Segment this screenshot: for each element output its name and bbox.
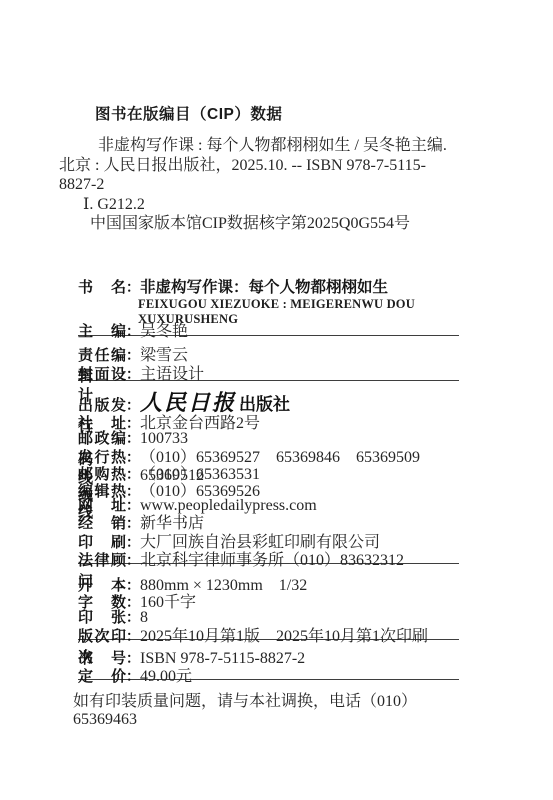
label-colon: ： — [126, 428, 140, 448]
cip-line: Ⅰ. G212.2 — [59, 195, 491, 215]
publication-info: 书名 ： 非虚构写作课：每个人物都栩栩如生 FEIXUGOU XIEZUOKE … — [78, 275, 459, 729]
sheets-label: 印张 — [78, 606, 126, 627]
row-printing: 印刷 ： 大厂回族自治县彩虹印刷有限公司 — [78, 529, 459, 547]
copyright-page: 图书在版编目（CIP）数据 非虚构写作课 : 每个人物都栩栩如生 / 吴冬艳主编… — [0, 0, 553, 800]
label-colon: ： — [126, 626, 140, 646]
cip-block: 非虚构写作课 : 每个人物都栩栩如生 / 吴冬艳主编. 北京 : 人民日报出版社… — [59, 136, 491, 234]
row-editorial-hotline: 编辑热线 ： （010）65369526 — [78, 478, 459, 494]
row-distribution: 经销 ： 新华书店 — [78, 510, 459, 529]
row-publisher: 出版发行 ： 人民日报出版社 — [78, 386, 459, 410]
label-colon: ： — [126, 395, 140, 415]
cip-line: 北京 : 人民日报出版社，2025.10. -- ISBN 978-7-5115… — [59, 156, 491, 176]
row-legal-counsel: 法律顾问 ： 北京科宇律师事务所（010）83632312 — [78, 547, 459, 563]
label-colon: ： — [126, 495, 140, 515]
row-responsible-editor: 责任编辑 ： 梁雪云 — [78, 342, 459, 361]
label-colon: ： — [126, 321, 140, 341]
label-colon: ： — [126, 277, 140, 297]
row-chief-editor: 主编 ： 吴冬艳 — [78, 318, 459, 335]
row-edition: 版次印次 ： 2025年10月第1版 2025年10月第1次印刷 — [78, 623, 459, 639]
chief-editor-label: 主编 — [78, 320, 126, 341]
section-print-spec: 开本 ： 880mm × 1230mm 1/32 字数 ： 160千字 印张 ：… — [78, 564, 459, 639]
label-colon: ： — [126, 666, 140, 686]
book-title-value: 非虚构写作课：每个人物都栩栩如生 — [140, 275, 459, 297]
row-postcode: 邮政编码 ： 100733 — [78, 427, 459, 444]
row-sales-hotline: 发行热线 ： （010）65369527 65369846 65369509 6… — [78, 444, 459, 461]
cip-header: 图书在版编目（CIP）数据 — [95, 102, 282, 124]
label-colon: ： — [126, 607, 140, 627]
price-label: 定价 — [78, 665, 126, 686]
row-isbn: 书号 ： ISBN 978-7-5115-8827-2 — [78, 647, 459, 663]
row-price: 定价 ： 49.00元 — [78, 663, 459, 679]
legal-counsel-value: 北京科宇律师事务所（010）83632312 — [140, 547, 459, 570]
cip-line: 中国国家版本馆CIP数据核字第2025Q0G554号 — [59, 214, 491, 234]
row-title-pinyin: FEIXUGOU XIEZUOKE : MEIGERENWU DOU XUXUR… — [78, 297, 459, 318]
distribution-label: 经销 — [78, 512, 126, 533]
section-editors: 责任编辑 ： 梁雪云 封面设计 ： 主语设计 — [78, 336, 459, 380]
price-value: 49.00元 — [140, 663, 459, 686]
chief-editor-value: 吴冬艳 — [140, 318, 459, 341]
row-website: 网址 ： www.peopledailypress.com — [78, 494, 459, 510]
row-mail-order-hotline: 邮购热线 ： （010）65363531 — [78, 461, 459, 478]
row-book-title: 书名 ： 非虚构写作课：每个人物都栩栩如生 — [78, 275, 459, 297]
row-sheets: 印张 ： 8 — [78, 606, 459, 623]
label-colon: ： — [126, 550, 140, 570]
book-title-label: 书名 — [78, 276, 126, 297]
label-colon: ： — [126, 364, 140, 384]
quality-exchange-note: 如有印装质量问题，请与本社调换，电话（010）65369463 — [73, 688, 459, 729]
section-publisher: 出版发行 ： 人民日报出版社 社址 ： 北京金台西路2号 邮政编码 ： 1007… — [78, 381, 459, 563]
section-book-title: 书名 ： 非虚构写作课：每个人物都栩栩如生 FEIXUGOU XIEZUOKE … — [78, 275, 459, 335]
label-colon: ： — [126, 345, 140, 365]
row-address: 社址 ： 北京金台西路2号 — [78, 410, 459, 427]
label-colon: ： — [126, 513, 140, 533]
label-colon: ： — [126, 648, 140, 668]
cover-design-value: 主语设计 — [140, 361, 459, 384]
edition-value: 2025年10月第1版 2025年10月第1次印刷 — [140, 623, 459, 646]
row-word-count: 字数 ： 160千字 — [78, 589, 459, 606]
row-format: 开本 ： 880mm × 1230mm 1/32 — [78, 572, 459, 589]
row-cover-design: 封面设计 ： 主语设计 — [78, 361, 459, 380]
cip-line: 8827-2 — [59, 175, 491, 195]
cip-line: 非虚构写作课 : 每个人物都栩栩如生 / 吴冬艳主编. — [59, 136, 491, 156]
label-colon: ： — [126, 532, 140, 552]
